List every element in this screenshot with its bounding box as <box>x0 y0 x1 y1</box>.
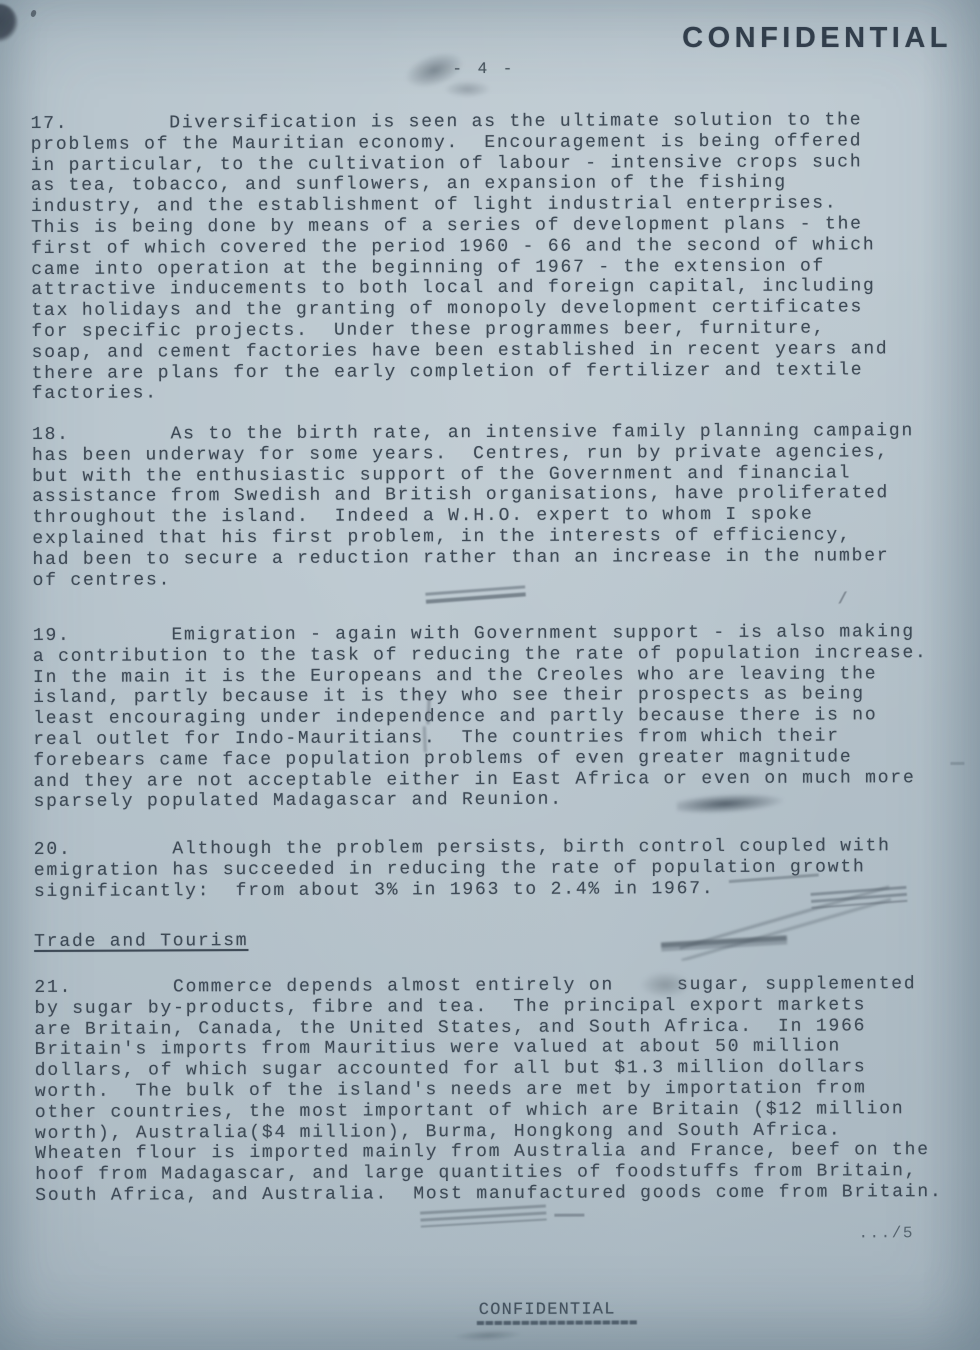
scanned-document-page: CONFIDENTIAL - 4 - 17. Diversification i… <box>0 0 980 1350</box>
paragraph-17: 17. Diversification is seen as the ultim… <box>31 110 972 405</box>
ink-smear-swirl <box>661 935 788 955</box>
ink-smear-bottom <box>420 1204 547 1227</box>
smudge-below-classification <box>453 1329 523 1343</box>
paragraph-21: 21. Commerce depends almost entirely on … <box>34 974 975 1207</box>
smudge-page-number-below <box>443 80 491 98</box>
classification-stamp-bottom: CONFIDENTIAL <box>479 1300 616 1320</box>
stray-mark-right <box>839 591 855 603</box>
page-number: - 4 - <box>452 60 515 78</box>
paragraph-19: 19. Emigration - again with Government s… <box>33 622 974 813</box>
ink-dash-bottom <box>554 1214 584 1217</box>
section-heading-trade-and-tourism: Trade and Tourism <box>34 930 434 953</box>
paragraph-20: 20. Although the problem persists, birth… <box>34 836 974 902</box>
paragraph-18: 18. As to the birth rate, an intensive f… <box>32 421 973 591</box>
classification-underline <box>477 1320 637 1325</box>
continuation-mark: .../5 <box>858 1224 914 1242</box>
document-body: - 4 - 17. Diversification is seen as the… <box>0 0 980 1350</box>
